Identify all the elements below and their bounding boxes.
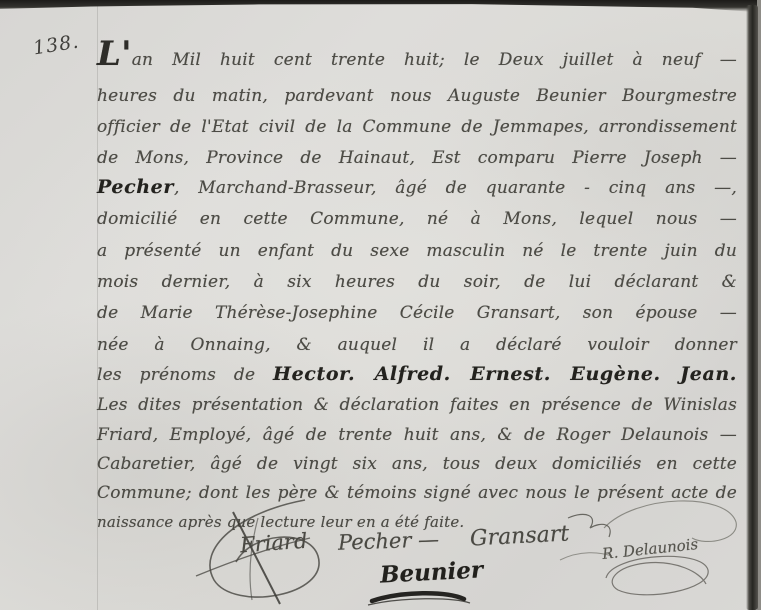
act-line-1: L'an Mil huit cent trente huit; le Deux … (97, 44, 737, 71)
scan-edge-top (0, 0, 761, 13)
act-line-13: Friard, Employé, âgé de trente huit ans,… (97, 422, 737, 449)
act-line-7: a présenté un enfant du sexe masculin né… (97, 238, 737, 265)
act-line-11: les prénoms de Hector. Alfred. Ernest. E… (97, 361, 737, 388)
birth-record-scan: 138. L'an Mil huit cent trente huit; le … (0, 0, 761, 610)
act-line-15: Commune; dont les père & témoins signé a… (97, 480, 737, 507)
act-line-4: de Mons, Province de Hainaut, Est compar… (97, 145, 737, 172)
scan-edge-right (746, 5, 758, 610)
signature-friard: Friard (239, 529, 308, 558)
act-number: 138. (32, 31, 81, 60)
act-line-2: heures du matin, pardevant nous Auguste … (97, 83, 737, 110)
signature-beunier: Beunier (379, 556, 483, 588)
act-line-8: mois dernier, à six heures du soir, de l… (97, 269, 737, 296)
act-line-5: Pecher, Marchand-Brasseur, âgé de quaran… (97, 174, 737, 201)
act-line-10: née à Onnaing, & auquel il a déclaré vou… (97, 332, 737, 359)
ornate-initial: L' (97, 34, 132, 74)
father-surname: Pecher (97, 176, 174, 198)
signature-delaunois: R. Delaunois (601, 535, 699, 563)
act-line-3: officier de l'Etat civil de la Commune d… (97, 114, 737, 141)
act-line-9: de Marie Thérèse-Josephine Cécile Gransa… (97, 300, 737, 327)
act-line-14: Cabaretier, âgé de vingt six ans, tous d… (97, 451, 737, 478)
act-line-12: Les dites présentation & déclaration fai… (97, 392, 737, 419)
signature-pecher: Pecher — (338, 527, 440, 555)
child-given-names: Hector. Alfred. Ernest. Eugène. Jean. (273, 363, 737, 385)
signature-gransart: Gransart (469, 521, 569, 551)
act-line-6: domicilié en cette Commune, né à Mons, l… (97, 206, 737, 233)
